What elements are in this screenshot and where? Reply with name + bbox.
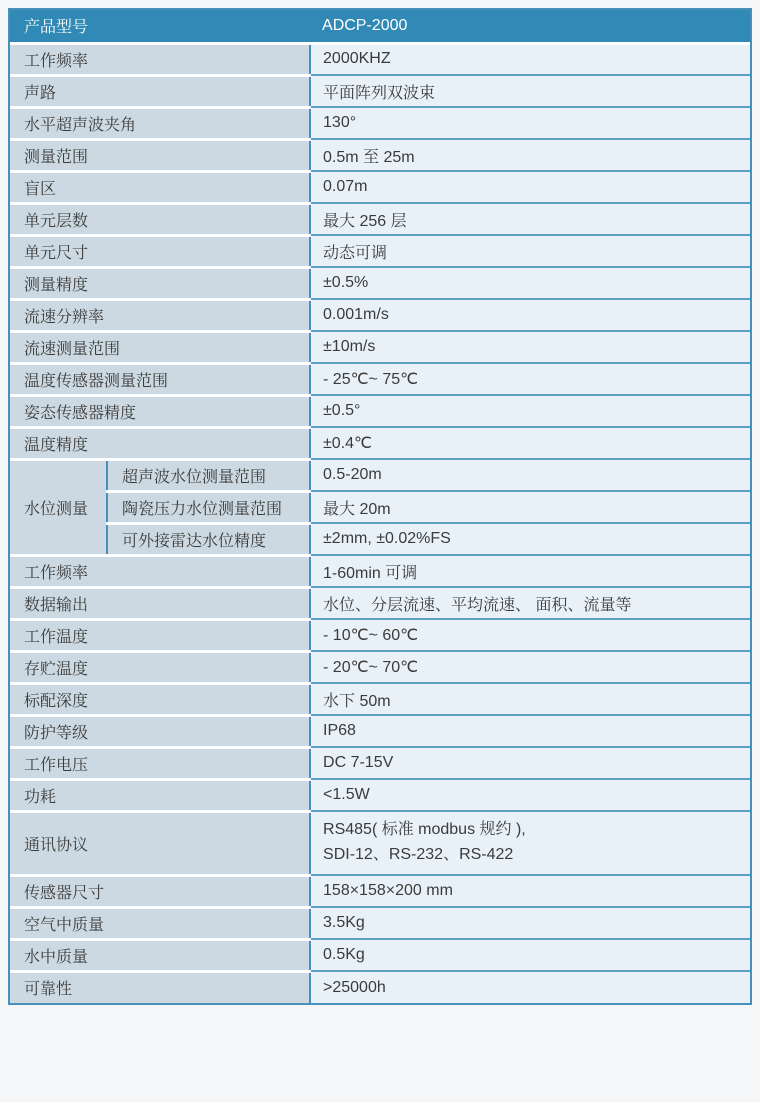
spec-label: 工作频率	[10, 555, 310, 587]
spec-row: 流速分辨率0.001m/s	[10, 299, 750, 331]
spec-row: 盲区0.07m	[10, 171, 750, 203]
spec-value: ±0.4℃	[310, 427, 750, 459]
spec-value: 158×158×200 mm	[310, 875, 750, 907]
spec-label: 水平超声波夹角	[10, 107, 310, 139]
spec-label: 单元尺寸	[10, 235, 310, 267]
spec-label: 工作频率	[10, 43, 310, 75]
spec-label: 工作温度	[10, 619, 310, 651]
spec-value: ±10m/s	[310, 331, 750, 363]
spec-value: 水位、分层流速、平均流速、 面积、流量等	[310, 587, 750, 619]
spec-table: 产品型号 ADCP-2000 工作频率2000KHZ声路平面阵列双波束水平超声波…	[8, 8, 752, 1005]
spec-row: 通讯协议RS485( 标准 modbus 规约 ),SDI-12、RS-232、…	[10, 811, 750, 875]
spec-value: 3.5Kg	[310, 907, 750, 939]
spec-row: 可靠性>25000h	[10, 971, 750, 1003]
spec-value: RS485( 标准 modbus 规约 ),SDI-12、RS-232、RS-4…	[310, 811, 750, 875]
spec-value: DC 7-15V	[310, 747, 750, 779]
spec-row: 单元层数最大 256 层	[10, 203, 750, 235]
spec-row: 流速测量范围±10m/s	[10, 331, 750, 363]
spec-subrow: 可外接雷达水位精度±2mm, ±0.02%FS	[10, 523, 750, 555]
spec-label: 可靠性	[10, 971, 310, 1003]
product-model-value: ADCP-2000	[310, 10, 750, 43]
spec-value: 1-60min 可调	[310, 555, 750, 587]
spec-label: 水中质量	[10, 939, 310, 971]
spec-value: 动态可调	[310, 235, 750, 267]
spec-row: 功耗<1.5W	[10, 779, 750, 811]
spec-label: 传感器尺寸	[10, 875, 310, 907]
spec-value: - 10℃~ 60℃	[310, 619, 750, 651]
spec-value: - 25℃~ 75℃	[310, 363, 750, 395]
spec-row: 测量范围0.5m 至 25m	[10, 139, 750, 171]
spec-value: 最大 20m	[310, 491, 750, 523]
table-header-row: 产品型号 ADCP-2000	[10, 10, 750, 43]
spec-sublabel: 陶瓷压力水位测量范围	[107, 491, 310, 523]
spec-row: 单元尺寸动态可调	[10, 235, 750, 267]
spec-label: 流速测量范围	[10, 331, 310, 363]
spec-value: 0.5Kg	[310, 939, 750, 971]
spec-row: 标配深度水下 50m	[10, 683, 750, 715]
spec-row: 测量精度±0.5%	[10, 267, 750, 299]
spec-row: 存贮温度- 20℃~ 70℃	[10, 651, 750, 683]
spec-label: 数据输出	[10, 587, 310, 619]
spec-label: 温度精度	[10, 427, 310, 459]
spec-value: 平面阵列双波束	[310, 75, 750, 107]
spec-value: 2000KHZ	[310, 43, 750, 75]
spec-value: >25000h	[310, 971, 750, 1003]
spec-row: 姿态传感器精度±0.5°	[10, 395, 750, 427]
spec-subrow: 陶瓷压力水位测量范围最大 20m	[10, 491, 750, 523]
spec-label: 姿态传感器精度	[10, 395, 310, 427]
spec-label: 空气中质量	[10, 907, 310, 939]
spec-label: 声路	[10, 75, 310, 107]
spec-value: 130°	[310, 107, 750, 139]
spec-row: 工作频率1-60min 可调	[10, 555, 750, 587]
spec-value: 0.07m	[310, 171, 750, 203]
spec-value: ±2mm, ±0.02%FS	[310, 523, 750, 555]
spec-row: 空气中质量3.5Kg	[10, 907, 750, 939]
spec-value: 水下 50m	[310, 683, 750, 715]
spec-value: <1.5W	[310, 779, 750, 811]
spec-label: 测量精度	[10, 267, 310, 299]
spec-sublabel: 超声波水位测量范围	[107, 459, 310, 491]
spec-row: 防护等级IP68	[10, 715, 750, 747]
spec-subrow: 水位测量超声波水位测量范围0.5-20m	[10, 459, 750, 491]
spec-sublabel: 可外接雷达水位精度	[107, 523, 310, 555]
group-label: 水位测量	[10, 459, 107, 555]
spec-row: 数据输出水位、分层流速、平均流速、 面积、流量等	[10, 587, 750, 619]
spec-label: 功耗	[10, 779, 310, 811]
spec-label: 流速分辨率	[10, 299, 310, 331]
spec-row: 声路平面阵列双波束	[10, 75, 750, 107]
spec-row: 工作频率2000KHZ	[10, 43, 750, 75]
spec-label: 测量范围	[10, 139, 310, 171]
spec-value: 最大 256 层	[310, 203, 750, 235]
spec-value-line: RS485( 标准 modbus 规约 ),	[323, 818, 750, 843]
spec-row: 水中质量0.5Kg	[10, 939, 750, 971]
spec-value: ±0.5%	[310, 267, 750, 299]
spec-row: 水平超声波夹角130°	[10, 107, 750, 139]
page: { "page": { "background": "#f5f6f7" }, "…	[0, 0, 760, 1102]
spec-label: 温度传感器测量范围	[10, 363, 310, 395]
spec-value: 0.001m/s	[310, 299, 750, 331]
spec-table-grid: 产品型号 ADCP-2000 工作频率2000KHZ声路平面阵列双波束水平超声波…	[10, 10, 750, 1003]
spec-row: 传感器尺寸158×158×200 mm	[10, 875, 750, 907]
spec-row: 温度传感器测量范围- 25℃~ 75℃	[10, 363, 750, 395]
spec-row: 温度精度±0.4℃	[10, 427, 750, 459]
spec-label: 标配深度	[10, 683, 310, 715]
spec-row: 工作温度- 10℃~ 60℃	[10, 619, 750, 651]
spec-label: 存贮温度	[10, 651, 310, 683]
spec-value: ±0.5°	[310, 395, 750, 427]
spec-value: 0.5m 至 25m	[310, 139, 750, 171]
spec-value-line: SDI-12、RS-232、RS-422	[323, 843, 750, 868]
spec-value: - 20℃~ 70℃	[310, 651, 750, 683]
spec-label: 单元层数	[10, 203, 310, 235]
spec-label: 工作电压	[10, 747, 310, 779]
spec-value: 0.5-20m	[310, 459, 750, 491]
spec-label: 通讯协议	[10, 811, 310, 875]
spec-row: 工作电压DC 7-15V	[10, 747, 750, 779]
spec-label: 盲区	[10, 171, 310, 203]
spec-value: IP68	[310, 715, 750, 747]
product-model-label: 产品型号	[10, 10, 310, 43]
spec-label: 防护等级	[10, 715, 310, 747]
